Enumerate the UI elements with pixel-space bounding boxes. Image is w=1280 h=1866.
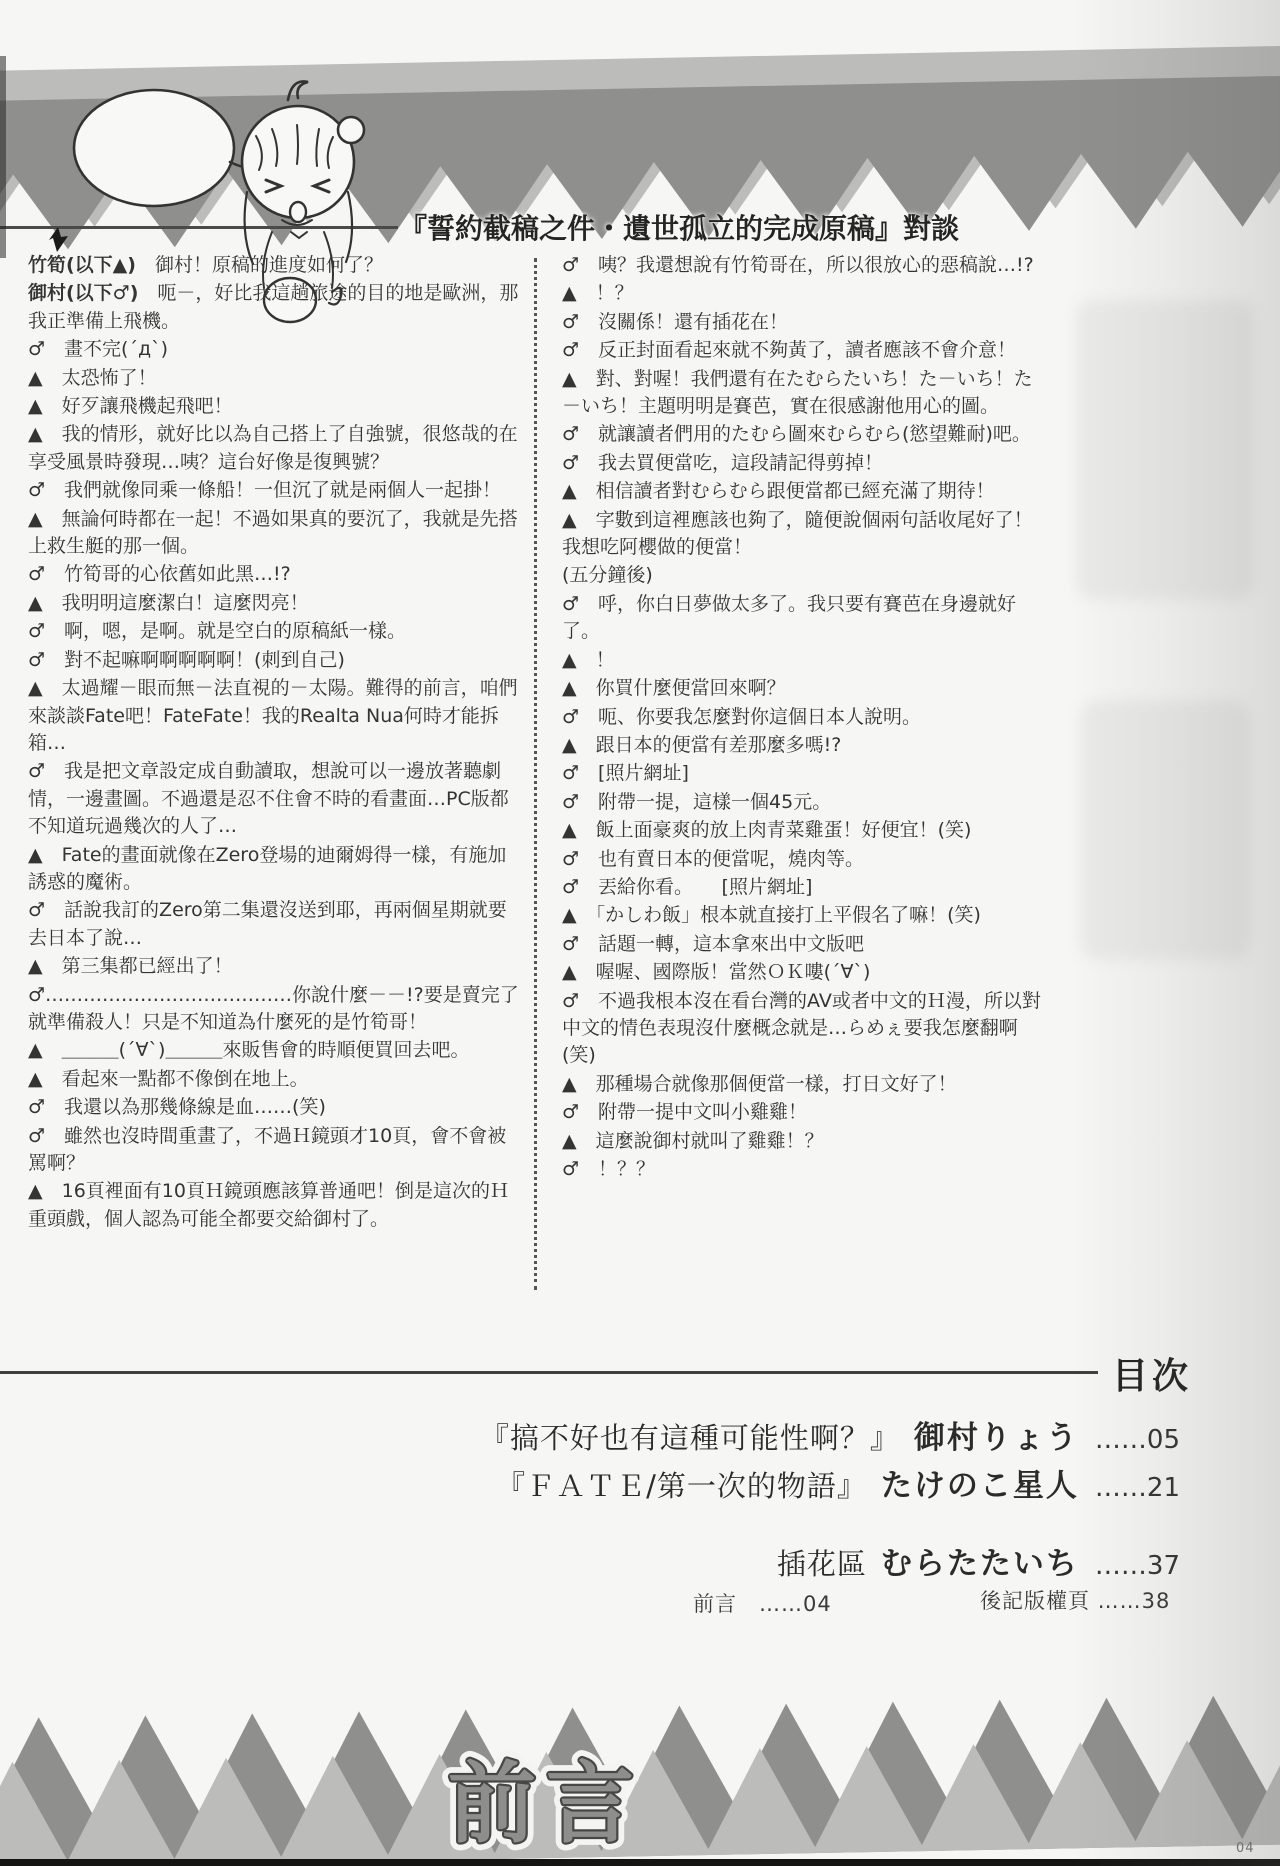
speaker-marker: ♂ <box>28 620 45 642</box>
speaker-marker: ♂ <box>562 791 579 813</box>
toc-page-number: ……21 <box>1095 1473 1180 1503</box>
dialogue-line: ♂ 反正封面看起來就不夠黃了，讀者應該不會介意！ <box>562 337 1050 364</box>
dialogue-line: ▲ 字數到這裡應該也夠了，隨便說個兩句話收尾好了！我想吃阿櫻做的便當！ <box>562 507 1050 562</box>
dialogue-column-right: ♂ 咦？我還想說有竹筍哥在，所以很放心的惡稿說…!?▲ ！？♂ 沒關係！還有插花… <box>562 252 1050 1184</box>
toc-entry-afterword: 後記版權頁 ……38 <box>980 1585 1170 1615</box>
dialogue-line: ▲ 太過耀－眼而無－法直視的－太陽。難得的前言，咱們來談談Fate吧！FateF… <box>28 675 524 757</box>
toc-row: 插花區むらたたいち……37 <box>0 1538 1180 1583</box>
dialogue-line: ♂ 竹筍哥的心依舊如此黑…!? <box>28 561 524 588</box>
dialogue-line: ♂ 話說我訂的Zero第二集還沒送到耶，再兩個星期就要去日本了說… <box>28 897 524 952</box>
dialogue-line: ♂ 呼，你白日夢做太多了。我只要有賽芭在身邊就好了。 <box>562 591 1050 646</box>
speaker-marker: ♂ <box>562 1101 579 1123</box>
dialogue-line: ♂ 我們就像同乘一條船！一但沉了就是兩個人一起掛！ <box>28 477 524 504</box>
toc-work-title: 『搞不好也有這種可能性啊？』 <box>480 1416 900 1457</box>
speaker-marker: ♂ <box>562 339 579 361</box>
speaker-marker: ▲ <box>562 904 577 926</box>
toc-rule-line <box>0 1371 1098 1374</box>
speaker-marker: ▲ <box>562 282 577 304</box>
dialogue-line: ▲ 你買什麼便當回來啊？ <box>562 675 1050 702</box>
dialogue-line: ▲ ＿＿＿(´∀`)＿＿＿來販售會的時順便買回去吧。 <box>28 1037 524 1064</box>
dialogue-line: ▲ 第三集都已經出了！ <box>28 953 524 980</box>
toc-author: 御村りょう <box>914 1412 1079 1457</box>
dialogue-line: ♂ 附帶一提，這樣一個45元。 <box>562 789 1050 816</box>
dialogue-line: ▲ 「かしわ飯」根本就直接打上平假名了嘛！(笑) <box>562 902 1050 929</box>
speaker-marker: ▲ <box>562 480 577 502</box>
speaker-marker: ♂ <box>562 706 579 728</box>
toc-author: むらたたいち <box>881 1538 1079 1583</box>
speaker-marker: ▲ <box>28 395 43 417</box>
speaker-marker: ▲ <box>28 677 43 699</box>
dialogue-line: ♂ 不過我根本沒在看台灣的AV或者中文的Ｈ漫，所以對中文的情色表現沒什麼概念就是… <box>562 988 1050 1070</box>
dialogue-line: ▲ 跟日本的便當有差那麼多嗎!? <box>562 732 1050 759</box>
speaker-marker: ▲ <box>562 677 577 699</box>
dialogue-line: ♂…………………………………你說什麼－－!?要是賣完了就準備殺人！只是不知道為什… <box>28 982 524 1037</box>
speaker-marker: ♂ <box>562 1158 579 1180</box>
speaker-marker: ♂ <box>28 1096 45 1118</box>
toc-row: 『搞不好也有這種可能性啊？』御村りょう……05 <box>0 1412 1180 1457</box>
speaker-marker: ♂ <box>562 593 579 615</box>
dialogue-line: ♂ 咦？我還想說有竹筍哥在，所以很放心的惡稿說…!? <box>562 252 1050 279</box>
dialogue-column-left: 竹筍(以下▲) 御村！原稿的進度如何了？御村(以下♂) 呃－，好比我這趟旅途的目… <box>28 252 524 1234</box>
bottom-zigzag-border: 前言 前言 <box>0 1676 1280 1866</box>
mascot-mouth <box>290 202 306 222</box>
dialogue-line: ▲ 我的情形，就好比以為自己搭上了自強號，很悠哉的在享受風景時發現…咦？這台好像… <box>28 421 524 476</box>
toc-page-number: ……37 <box>1095 1551 1180 1581</box>
speaker-marker: ▲ <box>562 1130 577 1152</box>
dialogue-line: 御村(以下♂) 呃－，好比我這趟旅途的目的地是歐洲，那我正準備上飛機。 <box>28 280 524 335</box>
speaker-marker: ▲ <box>562 509 577 531</box>
scanned-doujin-preface-page: 『誓約截稿之件・遺世孤立的完成原稿』對談 竹筍(以下▲) 御村！原稿的進度如何了… <box>0 0 1280 1866</box>
speaker-marker: ▲ <box>562 368 577 390</box>
toc-row: 『ＦＡＴＥ/第一次的物語』たけのこ星人……21 <box>0 1460 1180 1505</box>
dialogue-line: ▲ 16頁裡面有10頁Ｈ鏡頭應該算普通吧！倒是這次的Ｈ重頭戲，個人認為可能全都要… <box>28 1178 524 1233</box>
dialogue-line: ♂ 雖然也沒時間重畫了，不過Ｈ鏡頭才10頁，會不會被罵啊？ <box>28 1123 524 1178</box>
speaker-name: 竹筍(以下▲) <box>28 254 136 276</box>
dialogue-line: ▲ 相信讀者對むらむら跟便當都已經充滿了期待！ <box>562 478 1050 505</box>
dialogue-line: ♂ 畫不完(´д`) <box>28 336 524 363</box>
dialogue-line: ♂ 附帶一提中文叫小雞雞！ <box>562 1099 1050 1126</box>
dialogue-line: ▲ Fate的畫面就像在Zero登場的迪爾姆得一樣，有施加誘惑的魔術。 <box>28 842 524 897</box>
speaker-marker: ▲ <box>28 423 43 445</box>
speaker-marker: ♂ <box>28 760 45 782</box>
speaker-marker: ♂ <box>28 1125 45 1147</box>
dialogue-line: ♂ ！？？ <box>562 1156 1050 1183</box>
speaker-marker: ▲ <box>28 844 43 866</box>
speaker-marker: ▲ <box>562 961 577 983</box>
speaker-marker: ▲ <box>28 1180 43 1202</box>
mascot-hair-bun <box>338 117 364 143</box>
column-divider-dotted-line <box>534 258 537 1290</box>
dialogue-line: ▲ ！？ <box>562 280 1050 307</box>
dialogue-line: ▲ 看起來一點都不像倒在地上。 <box>28 1066 524 1093</box>
speaker-marker: ♂ <box>28 479 45 501</box>
toc-page-number: ……05 <box>1095 1425 1180 1455</box>
speaker-marker: ▲ <box>28 508 43 530</box>
dialogue-line: ▲ 太恐怖了！ <box>28 365 524 392</box>
dialogue-line: ▲ ！ <box>562 647 1050 674</box>
speaker-marker: ▲ <box>28 1039 43 1061</box>
speaker-marker: ▲ <box>562 649 577 671</box>
speaker-marker: ▲ <box>28 1068 43 1090</box>
dialogue-line: ♂ 沒關係！還有插花在！ <box>562 309 1050 336</box>
dialogue-line: ♂ 丟給你看。 [照片網址] <box>562 874 1050 901</box>
dialogue-line: ♂ 呃、你要我怎麼對你這個日本人說明。 <box>562 704 1050 731</box>
speaker-marker: ♂ <box>28 899 45 921</box>
dialogue-line: ▲ 那種場合就像那個便當一樣，打日文好了！ <box>562 1071 1050 1098</box>
toc-work-title: 插花區 <box>777 1542 867 1583</box>
dialogue-line: ♂ [照片網址] <box>562 760 1050 787</box>
dialogue-line: 竹筍(以下▲) 御村！原稿的進度如何了？ <box>28 252 524 279</box>
dialogue-line: ▲ 對、對喔！我們還有在たむらたいち！た－いち！た－いち！主題明明是賽芭，實在很… <box>562 366 1050 421</box>
dialogue-line: ▲ 無論何時都在一起！不過如果真的要沉了，我就是先搭上救生艇的那一個。 <box>28 506 524 561</box>
dialogue-line: ▲ 喔喔、國際版！當然ＯＫ嘍(´∀`) <box>562 959 1050 986</box>
speaker-marker: ▲ <box>562 734 577 756</box>
dialogue-line: ♂ 我還以為那幾條線是血……(笑) <box>28 1094 524 1121</box>
speaker-marker: ♂ <box>28 649 45 671</box>
speaker-marker: ▲ <box>562 819 577 841</box>
speaker-marker: ♂ <box>562 990 579 1012</box>
speech-bubble <box>74 90 234 206</box>
speaker-marker: ♂ <box>562 311 579 333</box>
speaker-marker: ▲ <box>28 367 43 389</box>
speaker-marker: ♂ <box>562 762 579 784</box>
speaker-marker: ♂ <box>28 984 45 1006</box>
speaker-marker: ▲ <box>562 1073 577 1095</box>
toc-entry-preface: 前言 ……04 <box>693 1588 832 1618</box>
speaker-marker: ♂ <box>28 338 45 360</box>
speaker-marker: ♂ <box>28 563 45 585</box>
footer-word: 前言 <box>448 1752 644 1855</box>
dialogue-line: ♂ 我去買便當吃，這段請記得剪掉！ <box>562 450 1050 477</box>
speaker-marker: ♂ <box>562 423 579 445</box>
dialogue-line: ♂ 話題一轉，這本拿來出中文版吧 <box>562 931 1050 958</box>
toc-work-title: 『ＦＡＴＥ/第一次的物語』 <box>496 1464 867 1505</box>
arrow-mark-icon <box>48 226 72 254</box>
mascot-ahoge <box>288 81 308 100</box>
dialogue-line: ▲ 這麼說御村就叫了雞雞！？ <box>562 1128 1050 1155</box>
scan-artifact <box>1080 700 1250 960</box>
dialogue-line: (五分鐘後) <box>562 562 1050 589</box>
speaker-marker: ♂ <box>562 452 579 474</box>
speaker-marker: ▲ <box>28 592 43 614</box>
dialogue-line: ▲ 我明明這麼潔白！這麼閃亮！ <box>28 590 524 617</box>
speaker-name: 御村(以下♂) <box>28 282 138 304</box>
dialogue-line: ♂ 啊，嗯，是啊。就是空白的原稿紙一樣。 <box>28 618 524 645</box>
page-title: 『誓約截稿之件・遺世孤立的完成原稿』對談 <box>399 207 1059 247</box>
dialogue-line: ♂ 我是把文章設定成自動讀取，想說可以一邊放著聽劇情，一邊畫圖。不過還是忍不住會… <box>28 758 524 840</box>
scan-artifact <box>0 56 6 258</box>
scan-edge-bar <box>0 1859 1280 1866</box>
speaker-marker: ♂ <box>562 848 579 870</box>
dialogue-line: ♂ 就讓讀者們用的たむら圖來むらむら(慾望難耐)吧。 <box>562 421 1050 448</box>
speaker-marker: ♂ <box>562 876 579 898</box>
scan-artifact <box>1075 300 1255 600</box>
page-number: 04 <box>1236 1841 1255 1856</box>
toc-author: たけのこ星人 <box>881 1460 1079 1505</box>
dialogue-line: ♂ 也有賣日本的便當呢，燒肉等。 <box>562 846 1050 873</box>
toc-header: 目次 <box>1112 1348 1192 1399</box>
dialogue-line: ♂ 對不起嘛啊啊啊啊啊！(刺到自己) <box>28 647 524 674</box>
speaker-marker: ♂ <box>562 254 579 276</box>
speaker-marker: ▲ <box>28 955 43 977</box>
dialogue-line: ▲ 好歹讓飛機起飛吧！ <box>28 393 524 420</box>
speaker-marker: ♂ <box>562 933 579 955</box>
dialogue-line: ▲ 飯上面豪爽的放上肉青菜雞蛋！好便宜！(笑) <box>562 817 1050 844</box>
